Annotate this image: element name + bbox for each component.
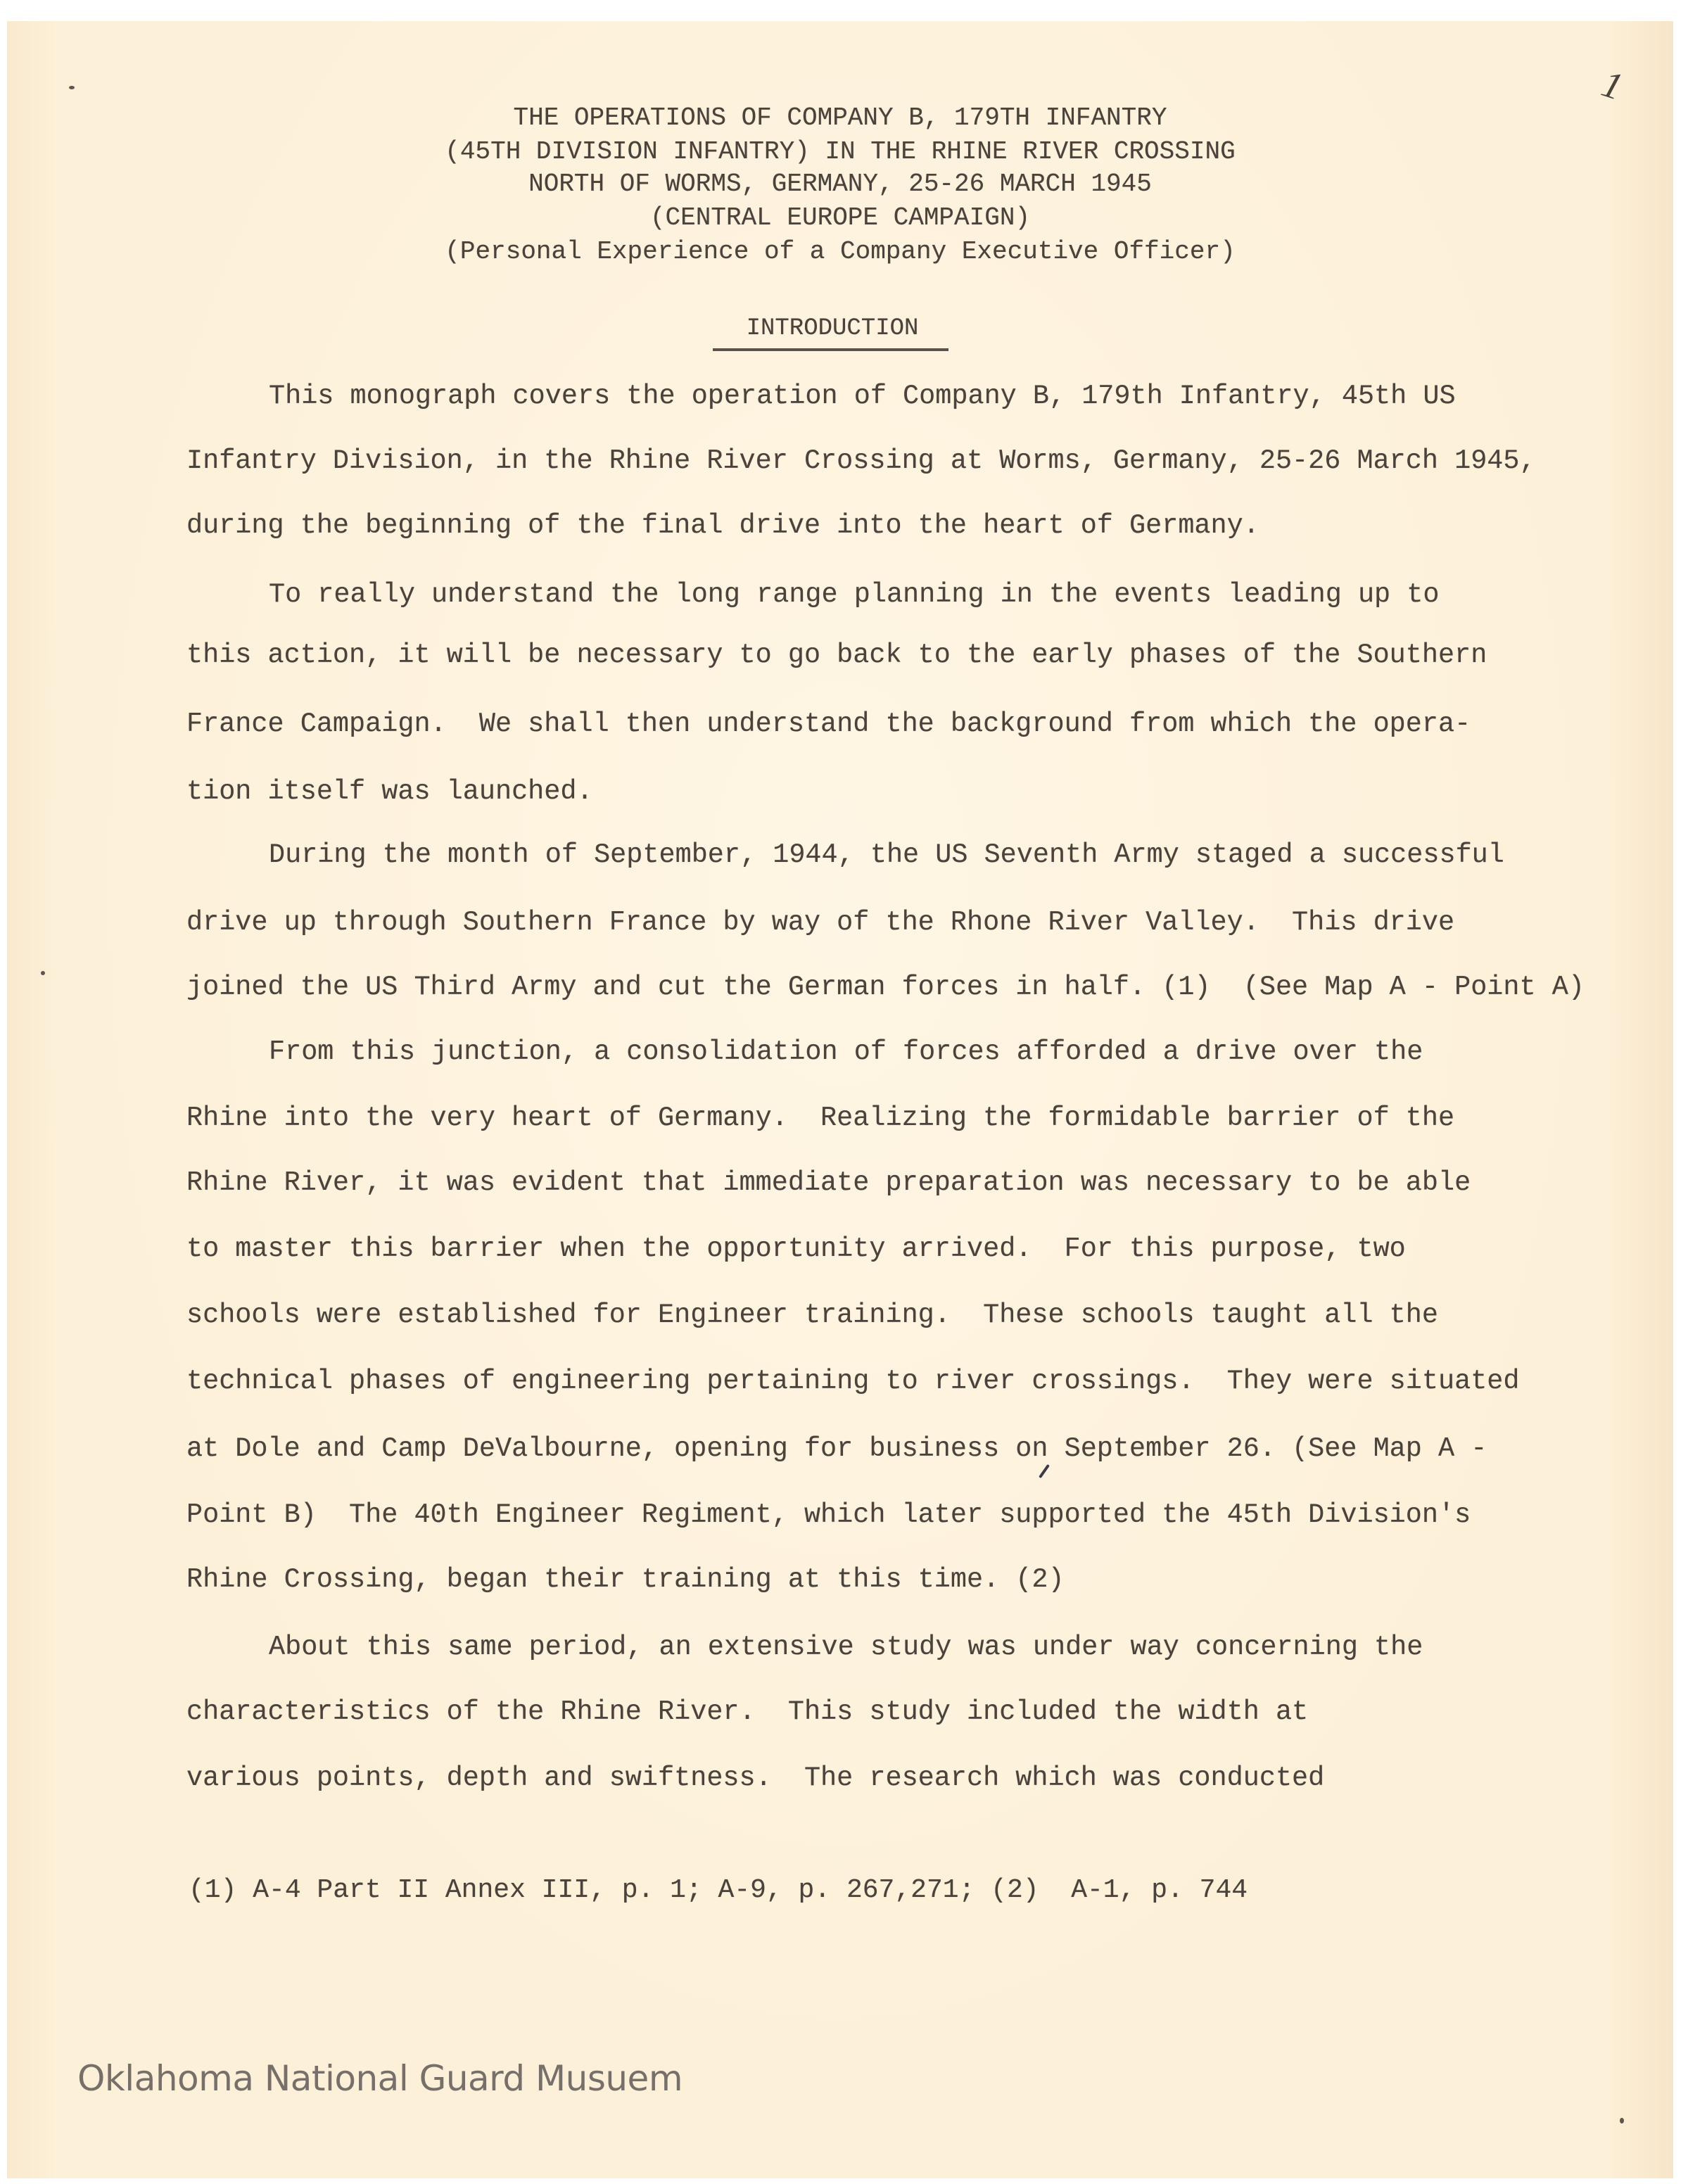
title-line-2: (45TH DIVISION INFANTRY) IN THE RHINE RI…	[7, 139, 1673, 165]
body-line: to master this barrier when the opportun…	[186, 1236, 1406, 1263]
body-line: characteristics of the Rhine River. This…	[186, 1699, 1308, 1726]
footnote: (1) A-4 Part II Annex III, p. 1; A-9, p.…	[189, 1877, 1248, 1904]
body-line: at Dole and Camp DeValbourne, opening fo…	[186, 1435, 1487, 1463]
title-line-5-subtitle: (Personal Experience of a Company Execut…	[7, 239, 1673, 265]
body-line: technical phases of engineering pertaini…	[186, 1368, 1520, 1395]
body-line: drive up through Southern France by way …	[186, 909, 1454, 937]
body-line: joined the US Third Army and cut the Ger…	[186, 974, 1585, 1001]
body-line: To really understand the long range plan…	[269, 581, 1439, 609]
section-heading: INTRODUCTION	[713, 317, 952, 341]
body-line: various points, depth and swiftness. The…	[186, 1765, 1324, 1792]
museum-watermark: Oklahoma National Guard Musuem	[77, 2058, 683, 2099]
body-line: Infantry Division, in the Rhine River Cr…	[186, 447, 1536, 475]
paper-speck	[1620, 2118, 1624, 2123]
body-line: From this junction, a consolidation of f…	[269, 1039, 1423, 1066]
body-line: Rhine into the very heart of Germany. Re…	[186, 1105, 1454, 1132]
body-line: during the beginning of the final drive …	[186, 512, 1259, 540]
title-line-1: THE OPERATIONS OF COMPANY B, 179TH INFAN…	[7, 106, 1673, 131]
paper-speck	[41, 971, 45, 975]
title-line-3: NORTH OF WORMS, GERMANY, 25-26 MARCH 194…	[7, 172, 1673, 197]
body-line: Rhine Crossing, began their training at …	[186, 1566, 1065, 1594]
body-line: Rhine River, it was evident that immedia…	[186, 1169, 1471, 1197]
heading-underline	[713, 348, 948, 351]
pen-tick-mark	[1039, 1464, 1050, 1478]
page-number: 1	[1597, 61, 1628, 108]
body-line: this action, it will be necessary to go …	[186, 642, 1487, 669]
paper-speck	[69, 86, 75, 89]
body-line: During the month of September, 1944, the…	[269, 842, 1504, 869]
body-line: schools were established for Engineer tr…	[186, 1302, 1438, 1329]
body-line: Point B) The 40th Engineer Regiment, whi…	[186, 1502, 1471, 1529]
title-line-4: (CENTRAL EUROPE CAMPAIGN)	[7, 205, 1673, 231]
body-line: This monograph covers the operation of C…	[269, 383, 1456, 410]
body-line: About this same period, an extensive stu…	[269, 1634, 1423, 1661]
body-line: tion itself was launched.	[186, 778, 593, 806]
body-line: France Campaign. We shall then understan…	[186, 711, 1471, 738]
document-page: 1 THE OPERATIONS OF COMPANY B, 179TH INF…	[7, 21, 1673, 2178]
